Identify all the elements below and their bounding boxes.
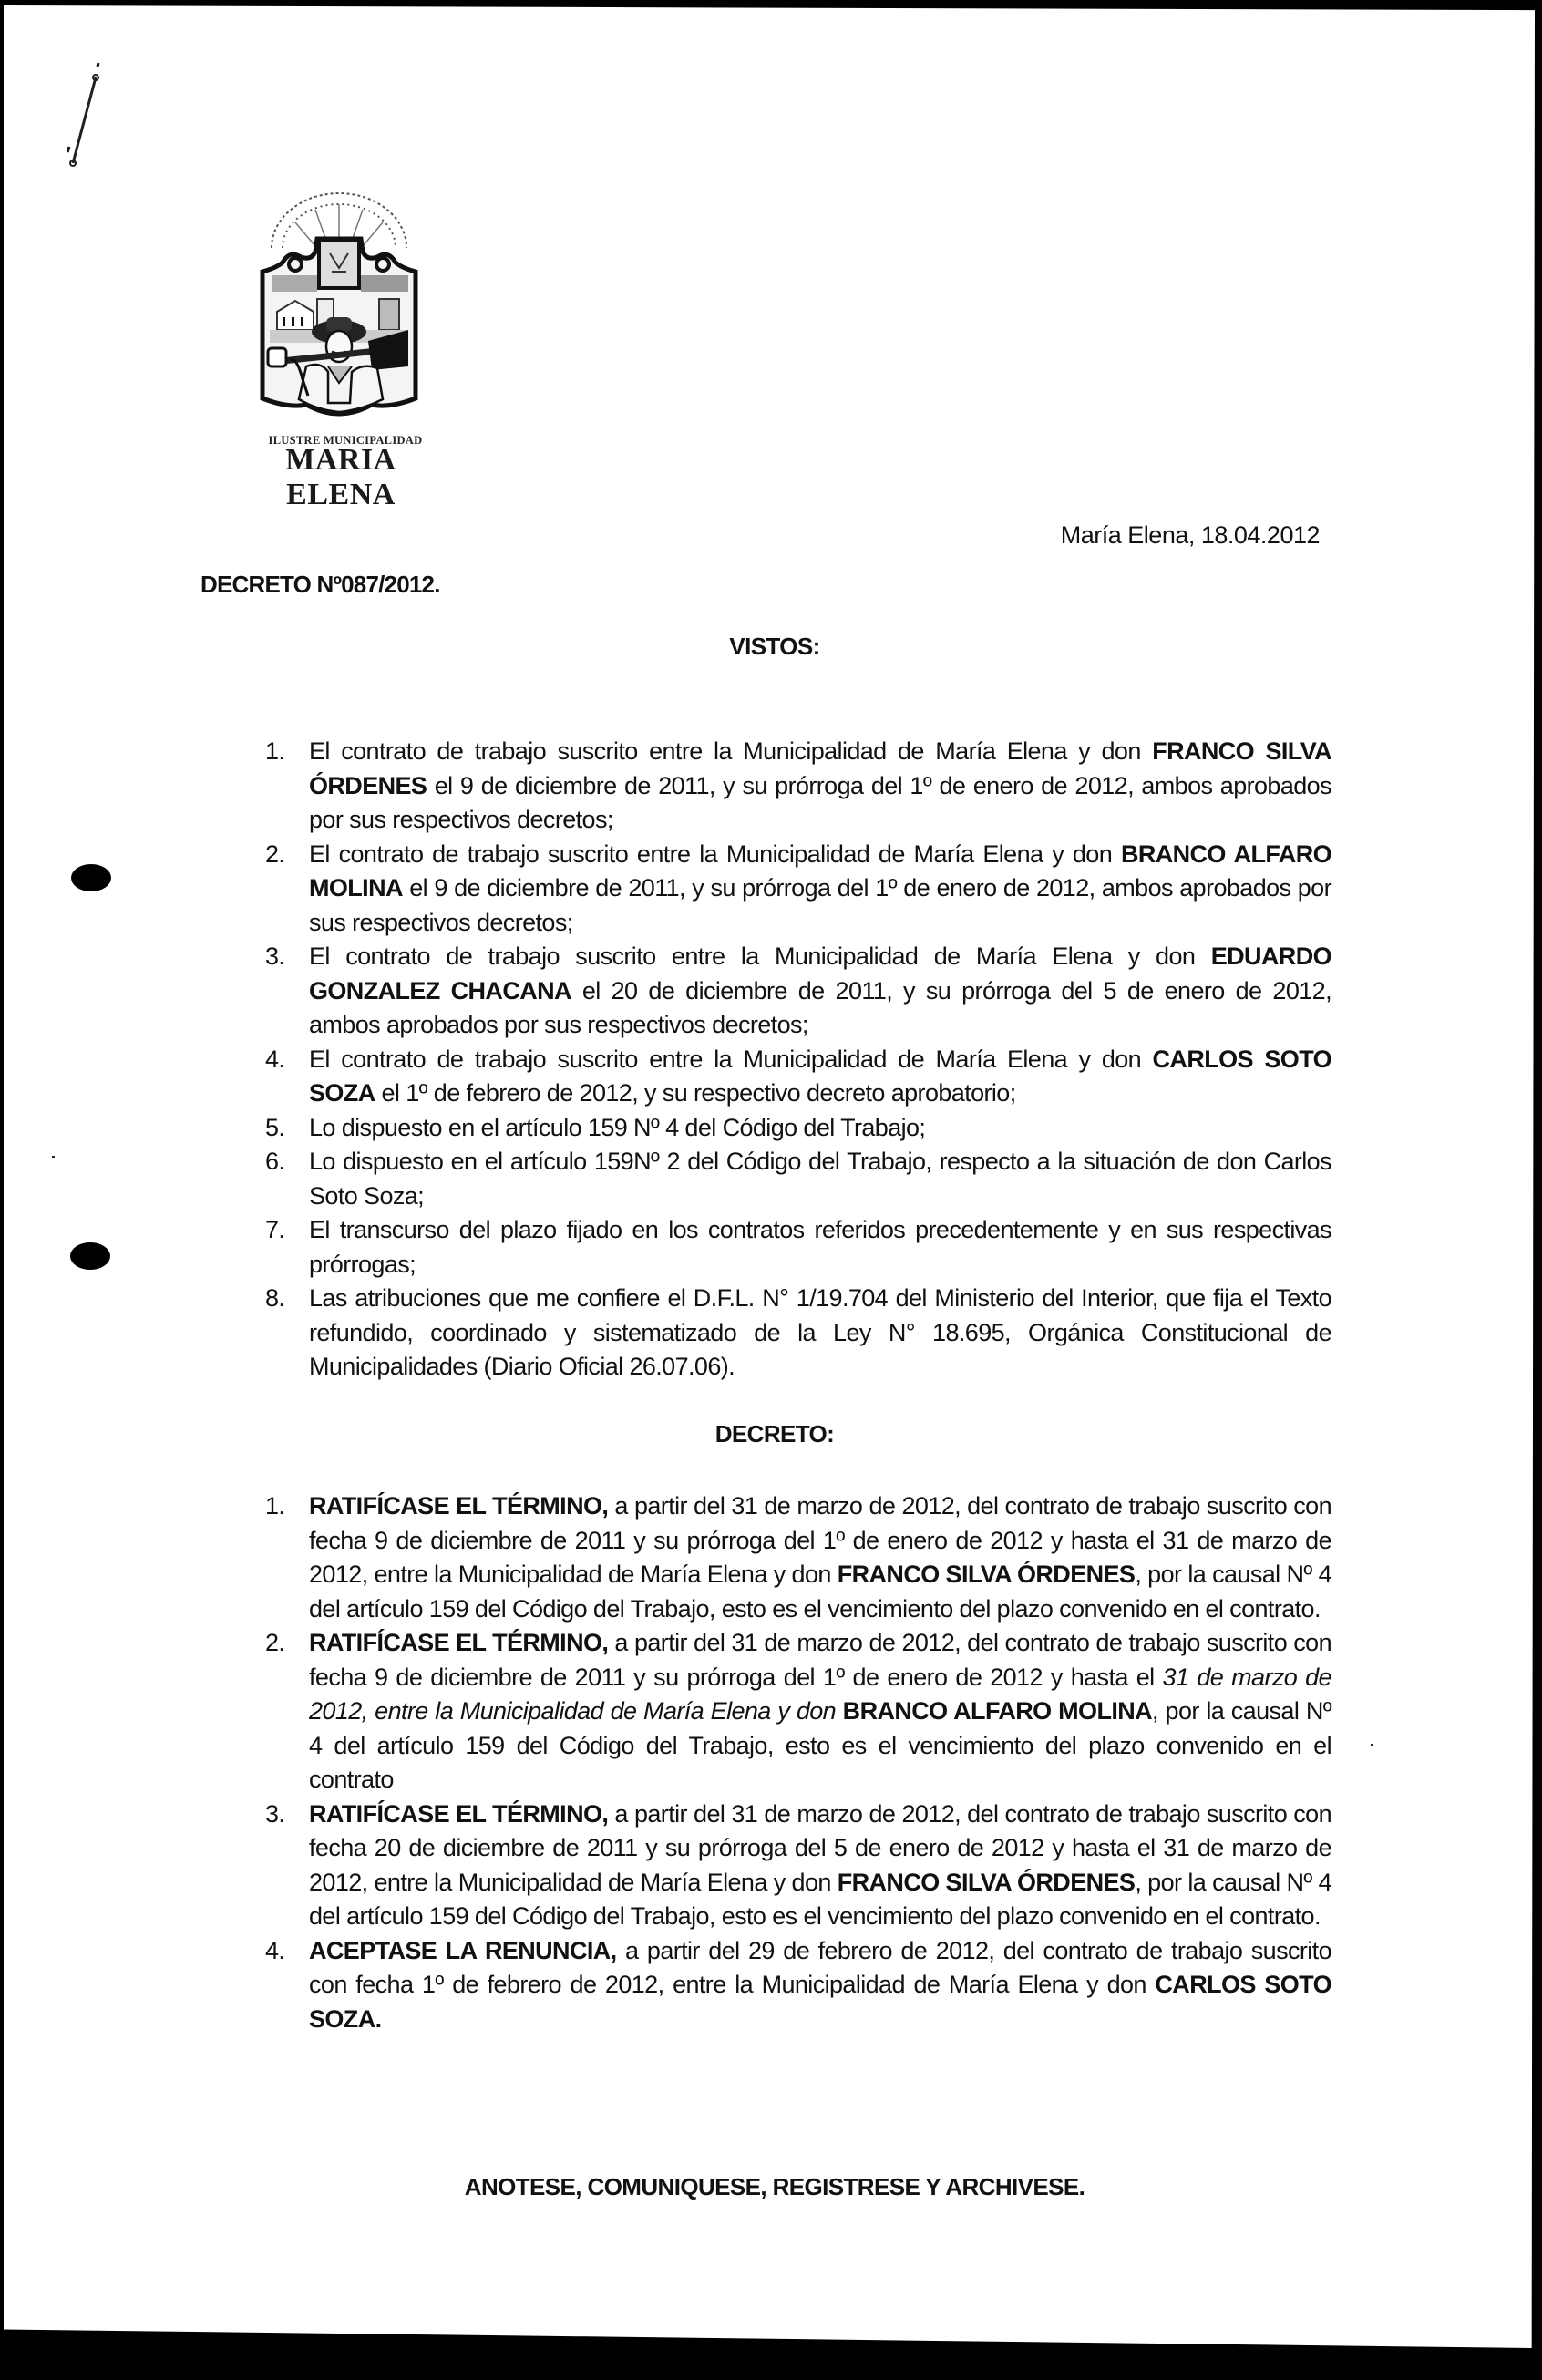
decree-number: DECRETO Nº087/2012. bbox=[200, 571, 440, 599]
body-text: el 9 de diciembre de 2011, y su prórroga… bbox=[309, 772, 1331, 834]
decreto-item: 1.RATIFÍCASE EL TÉRMINO, a partir del 31… bbox=[265, 1489, 1331, 1626]
pen-mark-icon bbox=[67, 56, 104, 170]
vistos-item: 6.Lo dispuesto en el artículo 159Nº 2 de… bbox=[265, 1145, 1331, 1213]
bold-text: RATIFÍCASE EL TÉRMINO, bbox=[309, 1629, 608, 1656]
vistos-item-number: 2. bbox=[265, 838, 284, 872]
vistos-item: 8.Las atribuciones que me confiere el D.… bbox=[265, 1282, 1331, 1385]
body-text: Las atribuciones que me confiere el D.F.… bbox=[309, 1284, 1331, 1380]
body-text: El contrato de trabajo suscrito entre la… bbox=[309, 1046, 1153, 1073]
body-text: El transcurso del plazo fijado en los co… bbox=[309, 1216, 1331, 1278]
vistos-heading: VISTOS: bbox=[4, 633, 1542, 661]
municipal-coat-of-arms-icon bbox=[252, 184, 427, 432]
vistos-item-number: 4. bbox=[265, 1043, 284, 1077]
scan-speck bbox=[52, 1156, 55, 1158]
body-text: El contrato de trabajo suscrito entre la… bbox=[309, 840, 1121, 868]
bold-text: FRANCO SILVA ÓRDENES bbox=[838, 1869, 1136, 1896]
decreto-item-number: 3. bbox=[265, 1798, 284, 1832]
decreto-item: 4.ACEPTASE LA RENUNCIA, a partir del 29 … bbox=[265, 1934, 1331, 2037]
letterhead-municipality-name: MARIA ELENA bbox=[231, 443, 450, 512]
decreto-item-number: 4. bbox=[265, 1934, 284, 1969]
vistos-list: 1.El contrato de trabajo suscrito entre … bbox=[265, 735, 1331, 1385]
decreto-item: 3.RATIFÍCASE EL TÉRMINO, a partir del 31… bbox=[265, 1798, 1331, 1934]
vistos-item: 1.El contrato de trabajo suscrito entre … bbox=[265, 735, 1331, 838]
bold-text: BRANCO ALFARO MOLINA bbox=[843, 1697, 1152, 1725]
decreto-list: 1.RATIFÍCASE EL TÉRMINO, a partir del 31… bbox=[265, 1489, 1331, 2036]
vistos-item: 5.Lo dispuesto en el artículo 159 Nº 4 d… bbox=[265, 1111, 1331, 1146]
body-text: Lo dispuesto en el artículo 159 Nº 4 del… bbox=[309, 1114, 925, 1141]
body-text: el 1º de febrero de 2012, y su respectiv… bbox=[375, 1079, 1016, 1107]
vistos-item-number: 7. bbox=[265, 1213, 284, 1248]
vistos-item-number: 1. bbox=[265, 735, 284, 769]
body-text: Lo dispuesto en el artículo 159Nº 2 del … bbox=[309, 1148, 1331, 1210]
bold-text: RATIFÍCASE EL TÉRMINO, bbox=[309, 1800, 608, 1828]
bold-text: FRANCO SILVA ÓRDENES bbox=[838, 1561, 1136, 1588]
vistos-item: 2.El contrato de trabajo suscrito entre … bbox=[265, 838, 1331, 941]
vistos-item: 3.El contrato de trabajo suscrito entre … bbox=[265, 940, 1331, 1043]
vistos-item: 7.El transcurso del plazo fijado en los … bbox=[265, 1213, 1331, 1282]
punch-hole-icon bbox=[70, 1242, 110, 1270]
bold-text: RATIFÍCASE EL TÉRMINO, bbox=[309, 1492, 608, 1520]
body-text: el 9 de diciembre de 2011, y su prórroga… bbox=[309, 874, 1331, 936]
vistos-item-number: 5. bbox=[265, 1111, 284, 1146]
scan-speck bbox=[1371, 1744, 1373, 1746]
decreto-item-number: 2. bbox=[265, 1626, 284, 1661]
punch-hole-icon bbox=[71, 864, 111, 891]
body-text: El contrato de trabajo suscrito entre la… bbox=[309, 943, 1211, 970]
document-date: María Elena, 18.04.2012 bbox=[1061, 521, 1320, 550]
decreto-item-number: 1. bbox=[265, 1489, 284, 1524]
vistos-item-number: 3. bbox=[265, 940, 284, 974]
bold-text: ACEPTASE LA RENUNCIA, bbox=[309, 1937, 617, 1964]
body-text: El contrato de trabajo suscrito entre la… bbox=[309, 737, 1152, 765]
decreto-item: 2.RATIFÍCASE EL TÉRMINO, a partir del 31… bbox=[265, 1626, 1331, 1798]
closing-formula: ANOTESE, COMUNIQUESE, REGISTRESE Y ARCHI… bbox=[4, 2173, 1542, 2201]
vistos-item-number: 8. bbox=[265, 1282, 284, 1316]
scanned-page: ILUSTRE MUNICIPALIDAD MARIA ELENA María … bbox=[4, 5, 1535, 2348]
vistos-item: 4.El contrato de trabajo suscrito entre … bbox=[265, 1043, 1331, 1111]
vistos-item-number: 6. bbox=[265, 1145, 284, 1180]
decreto-heading: DECRETO: bbox=[4, 1420, 1542, 1448]
